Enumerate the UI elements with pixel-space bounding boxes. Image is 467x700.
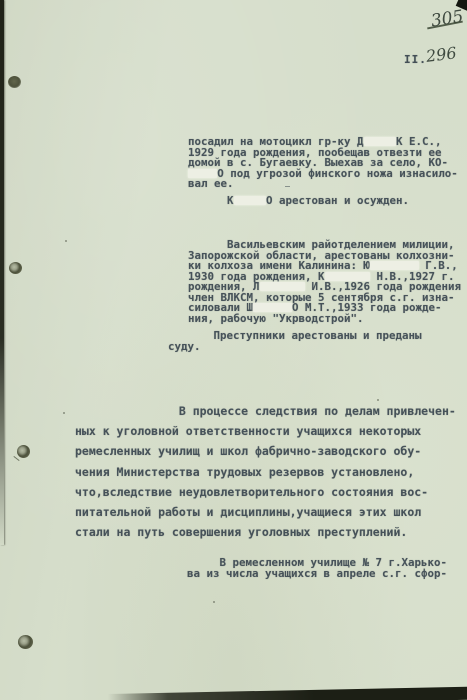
typewritten-line: что,вследствие неудовлетворительного сос… (75, 482, 456, 502)
scanned-document-page: 305 II. 296 посадил на мотоцикл гр-ку ДК… (0, 0, 467, 700)
typewritten-line: ремесленных училищ и школ фабрично-завод… (75, 441, 456, 461)
ink-smudge (8, 76, 21, 88)
typewritten-line: суду. (168, 342, 422, 353)
handwritten-page-number: 296 (425, 43, 458, 66)
typewritten-line: питательной работы и дисциплины,учащиеся… (75, 502, 456, 522)
paper-speck (65, 240, 67, 242)
redaction-box (260, 282, 306, 291)
redaction-box (234, 196, 267, 205)
left-scan-edge (0, 0, 4, 545)
redaction-box (370, 261, 419, 270)
typewritten-line: В процессе следствия по делам привлечен- (75, 401, 456, 421)
paragraph-incident-motorcycle: посадил на мотоцикл гр-ку ДК Е.С.,1929 г… (188, 137, 458, 190)
typewritten-line: ния, рабочую "Укрводстрой". (188, 314, 461, 325)
punch-hole (9, 262, 22, 274)
paragraph-arrest-sentence: КО арестован и осужден. (188, 196, 409, 207)
typewritten-line: Преступники арестованы и преданы (168, 331, 422, 342)
redaction-box (253, 303, 292, 312)
typewritten-line: чения Министерства трудовых резервов уст… (75, 462, 456, 482)
paragraph-investigation-findings: В процессе следствия по делам привлечен-… (75, 401, 456, 542)
paragraph-trade-school-7: В ремесленном училище № 7 г.Харько-ва из… (187, 558, 447, 579)
bottom-scan-edge (108, 686, 467, 700)
paragraph-court-verdict: Преступники арестованы и преданысуду. (168, 331, 422, 352)
typewritten-line: КО арестован и осужден. (188, 196, 409, 207)
paper-speck (63, 412, 65, 414)
redaction-box (364, 137, 397, 146)
typewritten-line: стали на путь совершения уголовных прест… (75, 522, 456, 542)
paragraph-kolkhoz-arrests: Васильевским райотделением милиции,Запор… (188, 240, 461, 324)
punch-hole (17, 445, 30, 458)
typewritten-line: ва из числа учащихся в апреле с.г. сфор- (187, 569, 447, 580)
typed-section-label: II. (404, 53, 427, 66)
typewritten-line: вал ее. (188, 179, 458, 190)
punch-hole (18, 635, 33, 649)
typewritten-line: ных к уголовной ответственности учащихся… (75, 421, 456, 441)
paper-speck (213, 601, 215, 603)
